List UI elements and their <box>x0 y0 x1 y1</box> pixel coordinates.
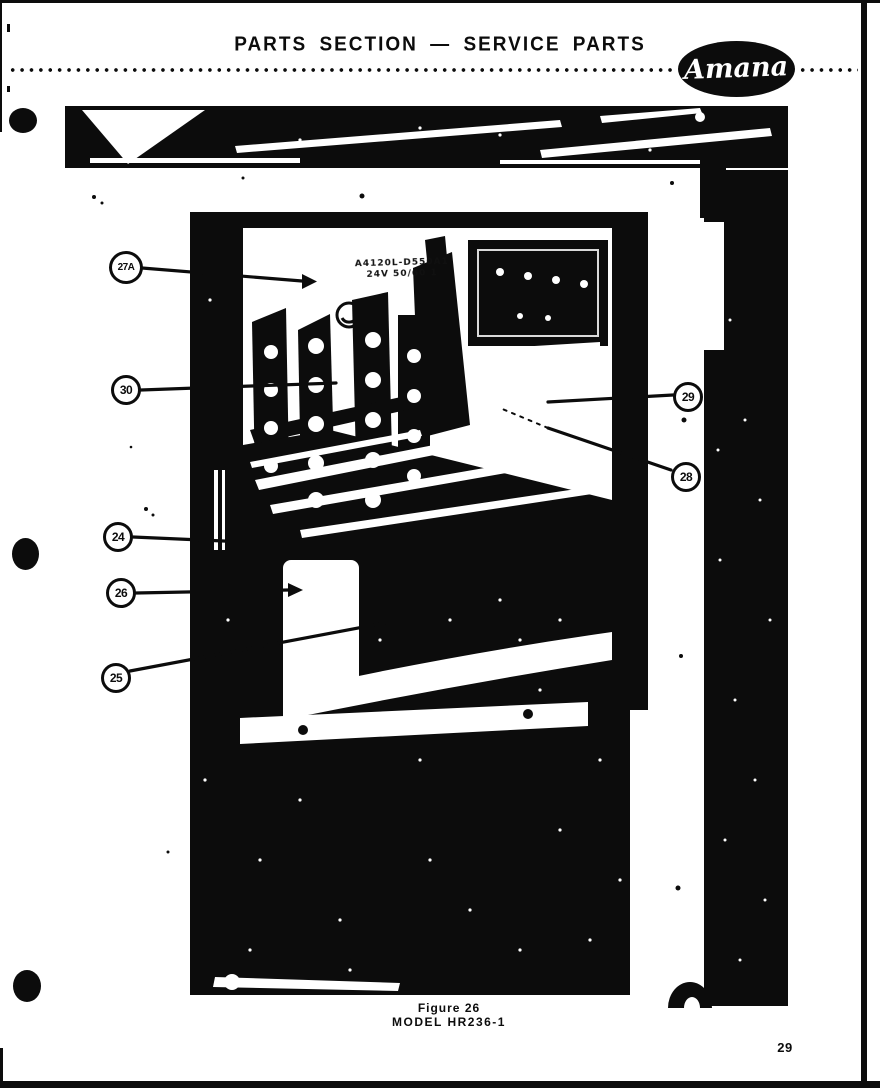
callout-28-label: 28 <box>680 470 692 484</box>
callout-26: 26 <box>106 578 136 608</box>
callout-26-label: 26 <box>115 586 127 600</box>
callout-25: 25 <box>101 663 131 693</box>
callout-29-label: 29 <box>682 390 694 404</box>
figure-caption: Figure 26 MODEL HR236-1 <box>329 1001 569 1029</box>
component-label: A4120L-D550A1 24V 50/60 1 <box>322 256 483 282</box>
callout-28: 28 <box>671 462 701 492</box>
service-parts-photo <box>0 0 880 1088</box>
callout-27a: 27A <box>109 251 143 284</box>
figure-caption-title: Figure 26 <box>329 1001 569 1015</box>
callout-27a-label: 27A <box>118 262 135 273</box>
figure-caption-model: MODEL HR236-1 <box>329 1015 569 1029</box>
callout-29: 29 <box>673 382 703 412</box>
callout-30: 30 <box>111 375 141 405</box>
callout-30-label: 30 <box>120 383 132 397</box>
amana-logo: Amana <box>678 41 795 97</box>
brand-text: Amana <box>684 51 789 86</box>
manual-page: PARTS SECTION — SERVICE PARTS Amana <box>0 0 880 1088</box>
callout-24: 24 <box>103 522 133 552</box>
page-number: 29 <box>770 1040 800 1055</box>
callout-25-label: 25 <box>110 671 122 685</box>
callout-24-label: 24 <box>112 530 124 544</box>
